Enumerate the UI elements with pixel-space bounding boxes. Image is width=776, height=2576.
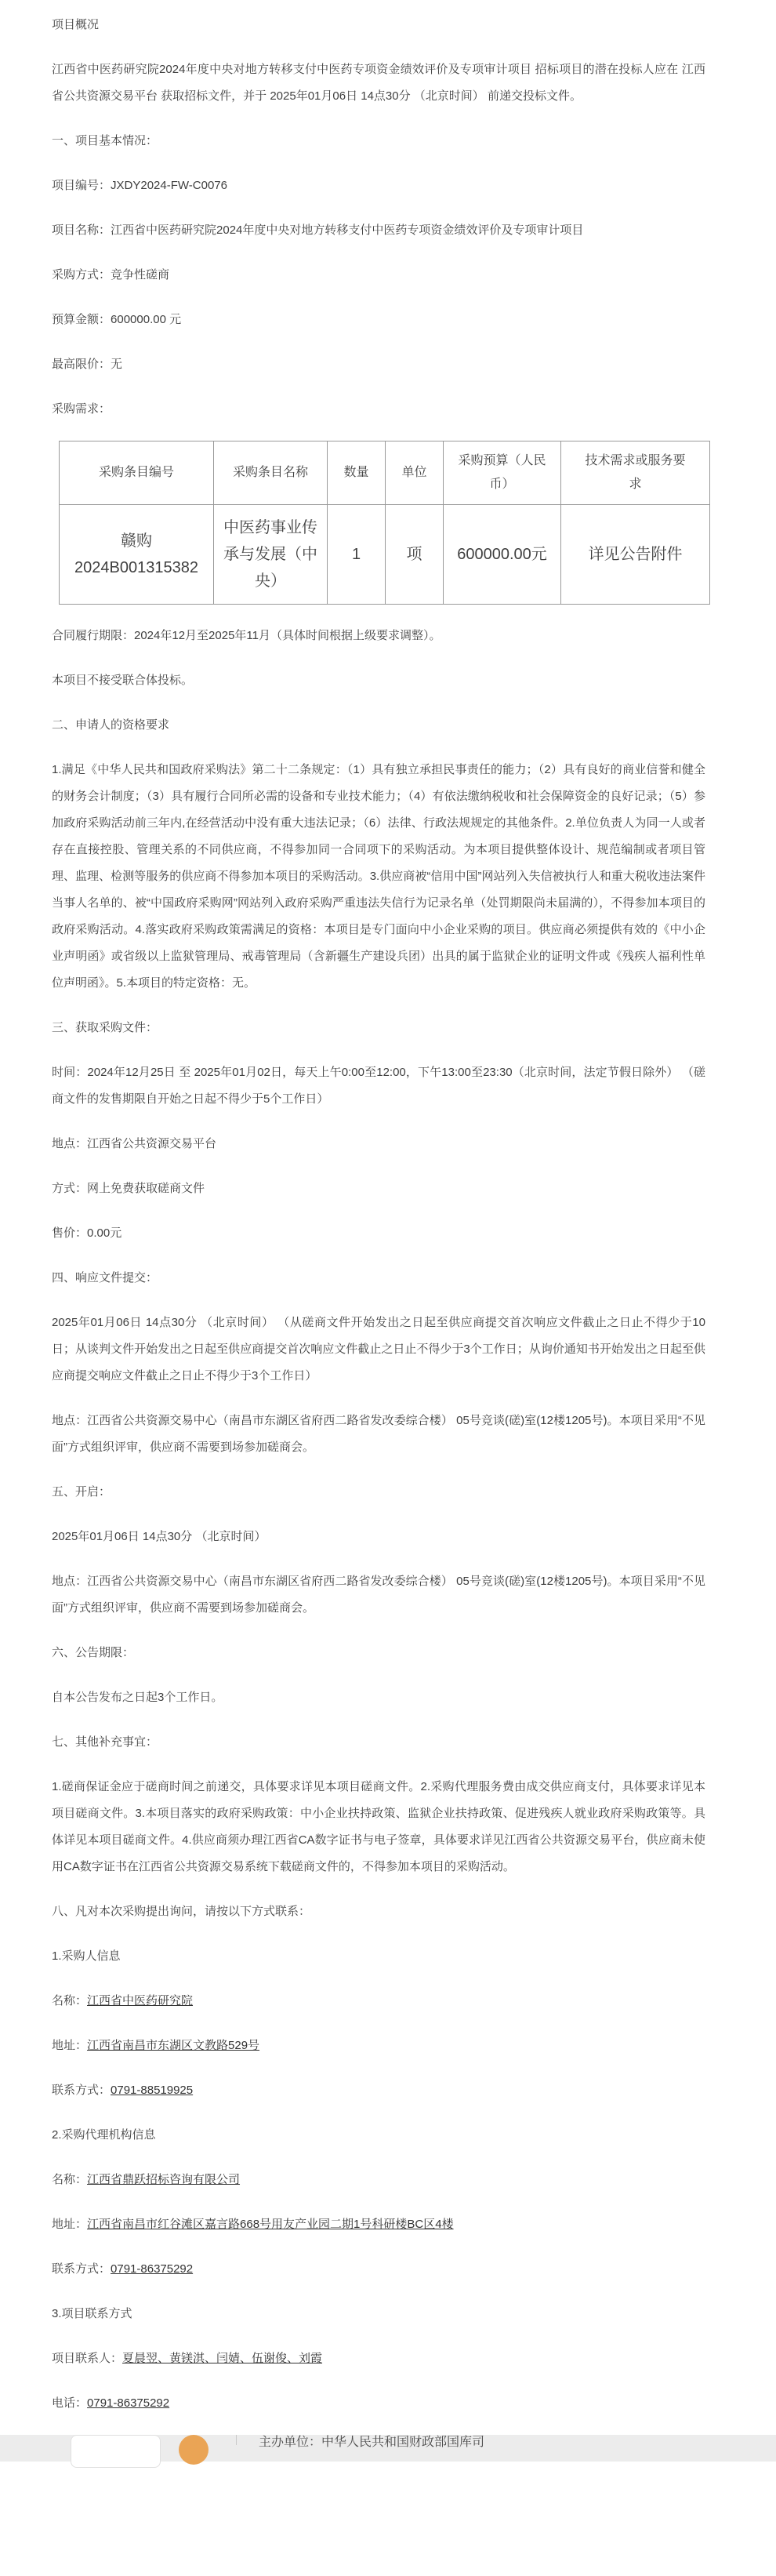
submission-place: 地点：江西省公共资源交易中心（南昌市东湖区省府西二路省发改委综合楼） 05号竞谈… xyxy=(52,1408,705,1461)
field-value: 600000.00 元 xyxy=(111,313,181,326)
field-budget-amount: 预算金额：600000.00 元 xyxy=(52,307,705,333)
supplement-body: 1.磋商保证金应于磋商时间之前递交，具体要求详见本项目磋商文件。2.采购代理服务… xyxy=(52,1774,705,1880)
buyer-info-heading: 1.采购人信息 xyxy=(52,1943,705,1970)
agent-phone-link[interactable]: 0791-86375292 xyxy=(111,2262,193,2276)
col-header-item-name: 采购条目名称 xyxy=(214,441,328,505)
field-label: 电话： xyxy=(52,2396,87,2410)
cell-unit: 项 xyxy=(386,505,444,605)
field-label: 最高限价： xyxy=(52,358,111,371)
cell-requirements: 详见公告附件 xyxy=(561,505,710,605)
col-header-budget: 采购预算（人民 币） xyxy=(444,441,561,505)
obtain-price: 售价：0.00元 xyxy=(52,1220,705,1247)
buyer-name: 名称：江西省中医药研究院 xyxy=(52,1988,705,2015)
section-5-heading: 五、开启： xyxy=(52,1479,705,1506)
obtain-time: 时间：2024年12月25日 至 2025年01月02日，每天上午0:00至12… xyxy=(52,1059,705,1113)
field-value: 竞争性磋商 xyxy=(111,268,169,282)
project-contacts: 项目联系人：夏晨翌、黄镁淇、闫婧、伍谢俊、刘霞 xyxy=(52,2345,705,2372)
buyer-address-link[interactable]: 江西省南昌市东湖区文教路529号 xyxy=(87,2039,259,2052)
agent-info-heading: 2.采购代理机构信息 xyxy=(52,2122,705,2149)
section-1-heading: 一、项目基本情况： xyxy=(52,128,705,154)
field-label: 项目编号： xyxy=(52,179,111,192)
field-price-cap: 最高限价：无 xyxy=(52,351,705,378)
section-6-heading: 六、公告期限： xyxy=(52,1640,705,1666)
field-label: 项目联系人： xyxy=(52,2352,122,2365)
cell-budget: 600000.00元 xyxy=(444,505,561,605)
table-body: 赣购 2024B001315382 中医药事业传 承与发展（中 央） 1 项 6… xyxy=(60,505,710,605)
field-value: 无 xyxy=(111,358,122,371)
field-label: 地址： xyxy=(52,2218,87,2231)
qualification-requirements: 1.满足《中华人民共和国政府采购法》第二十二条规定：（1）具有独立承担民事责任的… xyxy=(52,757,705,997)
field-label: 名称： xyxy=(52,2173,87,2186)
buyer-address: 地址：江西省南昌市东湖区文教路529号 xyxy=(52,2033,705,2059)
section-8-heading: 八、凡对本次采购提出询问，请按以下方式联系： xyxy=(52,1898,705,1925)
table-header-row: 采购条目编号 采购条目名称 数量 单位 采购预算（人民 币） 技术需求或服务要 … xyxy=(60,441,710,505)
table-header: 采购条目编号 采购条目名称 数量 单位 采购预算（人民 币） 技术需求或服务要 … xyxy=(60,441,710,505)
page-title: 项目概况 xyxy=(52,12,705,38)
section-4-heading: 四、响应文件提交： xyxy=(52,1265,705,1292)
intro-paragraph: 江西省中医药研究院2024年度中央对地方转移支付中医药专项资金绩效评价及专项审计… xyxy=(52,56,705,110)
field-label: 采购方式： xyxy=(52,268,111,282)
project-phone: 电话：0791-86375292 xyxy=(52,2390,705,2417)
field-label: 项目名称： xyxy=(52,223,111,237)
notice-period-body: 自本公告发布之日起3个工作日。 xyxy=(52,1684,705,1711)
agent-address: 地址：江西省南昌市红谷滩区嘉言路668号用友产业园二期1号科研楼BC区4楼 xyxy=(52,2211,705,2238)
field-label: 联系方式： xyxy=(52,2084,111,2097)
field-value: 江西省中医药研究院2024年度中央对地方转移支付中医药专项资金绩效评价及专项审计… xyxy=(111,223,583,237)
buyer-name-link[interactable]: 江西省中医药研究院 xyxy=(87,1994,193,2007)
col-header-unit: 单位 xyxy=(386,441,444,505)
agent-phone: 联系方式：0791-86375292 xyxy=(52,2256,705,2283)
footer-divider xyxy=(236,2435,237,2445)
col-header-item-number: 采购条目编号 xyxy=(60,441,214,505)
cell-quantity: 1 xyxy=(328,505,386,605)
contract-period: 合同履行期限：2024年12月至2025年11月（具体时间根据上级要求调整）。 xyxy=(52,623,705,649)
footer-emblem-icon xyxy=(179,2435,209,2465)
footer-sponsor-text: 主办单位：中华人民共和国财政部国库司 xyxy=(259,2435,484,2451)
section-3-heading: 三、获取采购文件： xyxy=(52,1015,705,1041)
field-label: 名称： xyxy=(52,1994,87,2007)
project-contacts-link[interactable]: 夏晨翌、黄镁淇、闫婧、伍谢俊、刘霞 xyxy=(122,2352,322,2365)
project-phone-link[interactable]: 0791-86375292 xyxy=(87,2396,169,2410)
no-joint-bid-note: 本项目不接受联合体投标。 xyxy=(52,667,705,694)
agent-address-link[interactable]: 江西省南昌市红谷滩区嘉言路668号用友产业园二期1号科研楼BC区4楼 xyxy=(87,2218,454,2231)
footer-logo-box xyxy=(71,2435,161,2468)
tender-announcement-page: 项目概况 江西省中医药研究院2024年度中央对地方转移支付中医药专项资金绩效评价… xyxy=(0,0,776,2576)
field-label: 预算金额： xyxy=(52,313,111,326)
procurement-items-table: 采购条目编号 采购条目名称 数量 单位 采购预算（人民 币） 技术需求或服务要 … xyxy=(59,441,710,605)
field-project-name: 项目名称：江西省中医药研究院2024年度中央对地方转移支付中医药专项资金绩效评价… xyxy=(52,217,705,244)
obtain-method: 方式：网上免费获取磋商文件 xyxy=(52,1175,705,1202)
col-header-requirements: 技术需求或服务要 求 xyxy=(561,441,710,505)
cell-item-name: 中医药事业传 承与发展（中 央） xyxy=(214,505,328,605)
project-contact-heading: 3.项目联系方式 xyxy=(52,2301,705,2327)
field-label: 地址： xyxy=(52,2039,87,2052)
opening-time: 2025年01月06日 14点30分 （北京时间） xyxy=(52,1524,705,1550)
buyer-phone-link[interactable]: 0791-88519925 xyxy=(111,2084,193,2097)
section-2-heading: 二、申请人的资格要求 xyxy=(52,712,705,739)
col-header-quantity: 数量 xyxy=(328,441,386,505)
table-row: 赣购 2024B001315382 中医药事业传 承与发展（中 央） 1 项 6… xyxy=(60,505,710,605)
field-project-number: 项目编号：JXDY2024-FW-C0076 xyxy=(52,173,705,199)
buyer-phone: 联系方式：0791-88519925 xyxy=(52,2077,705,2104)
field-procurement-method: 采购方式：竞争性磋商 xyxy=(52,262,705,289)
agent-name-link[interactable]: 江西省鼎跃招标咨询有限公司 xyxy=(87,2173,240,2186)
submission-deadline: 2025年01月06日 14点30分 （北京时间） （从磋商文件开始发出之日起至… xyxy=(52,1310,705,1390)
announcement-body: 项目概况 江西省中医药研究院2024年度中央对地方转移支付中医药专项资金绩效评价… xyxy=(0,0,776,2417)
section-7-heading: 七、其他补充事宜： xyxy=(52,1729,705,1756)
cell-item-number: 赣购 2024B001315382 xyxy=(60,505,214,605)
agent-name: 名称：江西省鼎跃招标咨询有限公司 xyxy=(52,2167,705,2193)
opening-place: 地点：江西省公共资源交易中心（南昌市东湖区省府西二路省发改委综合楼） 05号竞谈… xyxy=(52,1568,705,1622)
field-label: 联系方式： xyxy=(52,2262,111,2276)
obtain-place: 地点：江西省公共资源交易平台 xyxy=(52,1131,705,1157)
procurement-demand-label: 采购需求： xyxy=(52,396,705,423)
field-value: JXDY2024-FW-C0076 xyxy=(111,179,227,192)
